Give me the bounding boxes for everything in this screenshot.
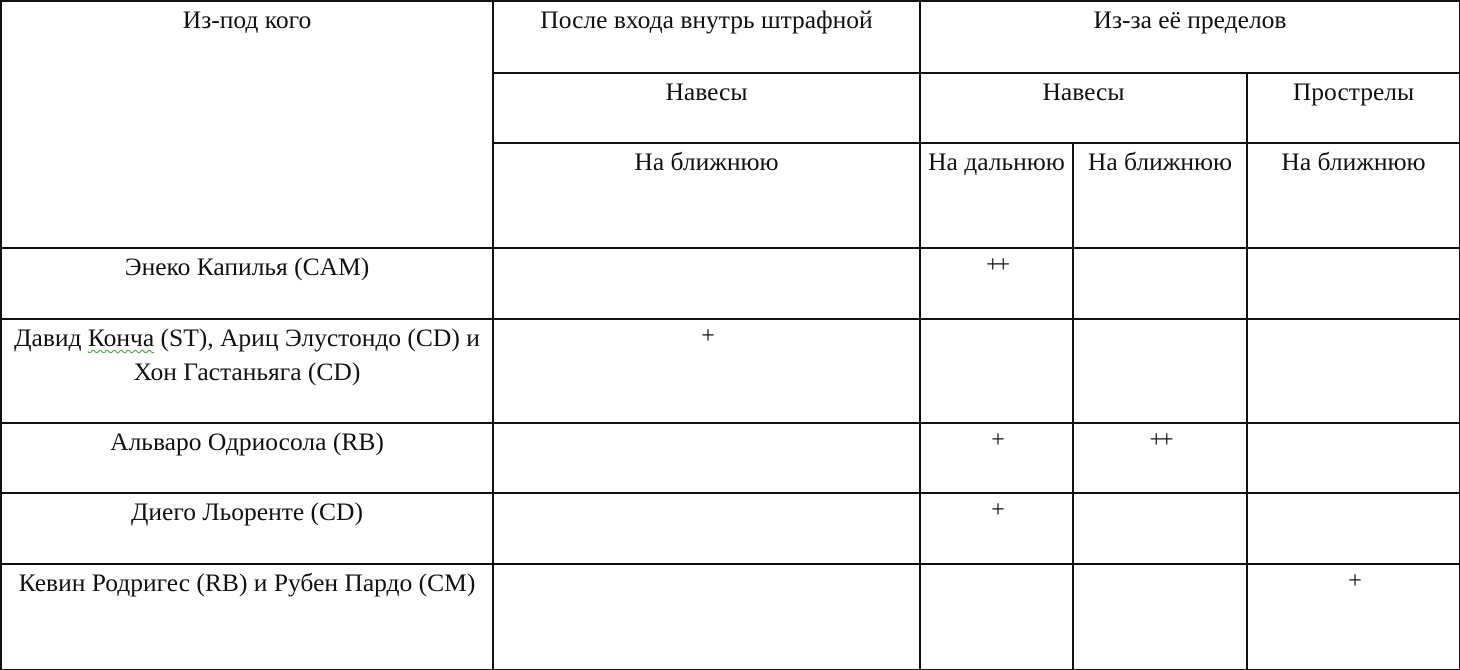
outside-cutbacks-near-cell [1247,423,1460,493]
outside-crosses-far-cell: + [920,423,1073,493]
mark: ++ [1078,424,1242,455]
outside-crosses-far-cell: + [920,493,1073,564]
spellcheck-flagged-word[interactable]: Конча [88,323,154,352]
outside-crosses-near-cell [1073,493,1247,564]
inside-crosses-near-cell [493,564,920,670]
header-source-cell: Из-под кого [1,1,493,248]
header-cutbacks-near-post-cell: На ближнюю [1247,143,1460,248]
inside-crosses-near-cell [493,248,920,319]
assists-table: Из-под кого После входа внутрь штрафной … [0,0,1460,670]
mark: + [925,424,1068,455]
header-inside-near-post-cell: На ближнюю [493,143,920,248]
row-source-label: Альваро Одриосола (RB) [6,424,488,459]
mark [925,320,1068,321]
table-row: Диего Льоренте (CD) + [1,493,1460,564]
header-outside-near-post-cell: На ближнюю [1073,143,1247,248]
header-outside-near-post-label: На ближнюю [1078,144,1242,179]
outside-cutbacks-near-cell [1247,319,1460,423]
mark: + [925,494,1068,525]
mark [925,565,1068,566]
document-page: Из-под кого После входа внутрь штрафной … [0,0,1460,670]
row-source-cell: Кевин Родригес (RB) и Рубен Пардо (CM) [1,564,493,670]
table-row: Кевин Родригес (RB) и Рубен Пардо (CM) + [1,564,1460,670]
mark [1078,494,1242,495]
mark [1078,565,1242,566]
header-outside-crosses-label: Навесы [925,74,1242,109]
mark [1252,249,1455,250]
outside-crosses-near-cell: ++ [1073,423,1247,493]
mark: + [1252,565,1455,596]
inside-crosses-near-cell: + [493,319,920,423]
header-outside-cutbacks-label: Прострелы [1252,74,1455,109]
header-row-1: Из-под кого После входа внутрь штрафной … [1,1,1460,73]
row-source-cell: Энеко Капилья (CAM) [1,248,493,319]
inside-crosses-near-cell [493,493,920,564]
row-source-cell: Давид Конча (ST), Ариц Элустондо (CD) и … [1,319,493,423]
mark [498,494,915,495]
mark [1078,249,1242,250]
header-inside-crosses-label: Навесы [498,74,915,109]
mark [498,249,915,250]
mark [498,565,915,566]
mark [1078,320,1242,321]
mark [1252,494,1455,495]
header-inside-box-label: После входа внутрь штрафной [498,2,915,37]
row-source-cell: Диего Льоренте (CD) [1,493,493,564]
row-source-part-1: Давид [14,323,88,352]
header-inside-near-post-label: На ближнюю [498,144,915,179]
outside-crosses-near-cell [1073,319,1247,423]
header-source-label: Из-под кого [6,2,488,37]
outside-crosses-near-cell [1073,564,1247,670]
outside-cutbacks-near-cell [1247,493,1460,564]
header-outside-far-post-cell: На дальнюю [920,143,1073,248]
header-outside-far-post-label: На дальнюю [925,144,1068,179]
header-outside-box-cell: Из-за её пределов [920,1,1460,73]
row-source-label: Диего Льоренте (CD) [6,494,488,529]
mark: ++ [925,249,1068,280]
header-outside-crosses-cell: Навесы [920,73,1247,143]
table-row: Энеко Капилья (CAM) ++ [1,248,1460,319]
table-row: Давид Конча (ST), Ариц Элустондо (CD) и … [1,319,1460,423]
row-source-label: Кевин Родригес (RB) и Рубен Пардо (CM) [6,565,488,600]
mark: + [498,320,915,351]
outside-crosses-far-cell: ++ [920,248,1073,319]
mark [498,424,915,425]
header-inside-crosses-cell: Навесы [493,73,920,143]
mark [1252,424,1455,425]
mark [1252,320,1455,321]
outside-cutbacks-near-cell: + [1247,564,1460,670]
header-outside-cutbacks-cell: Прострелы [1247,73,1460,143]
inside-crosses-near-cell [493,423,920,493]
table-row: Альваро Одриосола (RB) + ++ [1,423,1460,493]
outside-cutbacks-near-cell [1247,248,1460,319]
header-outside-box-label: Из-за её пределов [925,2,1455,37]
row-source-cell: Альваро Одриосола (RB) [1,423,493,493]
row-source-label: Энеко Капилья (CAM) [6,249,488,284]
outside-crosses-far-cell [920,564,1073,670]
outside-crosses-far-cell [920,319,1073,423]
row-source-label: Давид Конча (ST), Ариц Элустондо (CD) и … [6,320,488,389]
outside-crosses-near-cell [1073,248,1247,319]
row-source-part-2: (ST), Ариц Элустондо (CD) и Хон Гастанья… [134,323,480,386]
header-cutbacks-near-post-label: На ближнюю [1252,144,1455,179]
header-inside-box-cell: После входа внутрь штрафной [493,1,920,73]
